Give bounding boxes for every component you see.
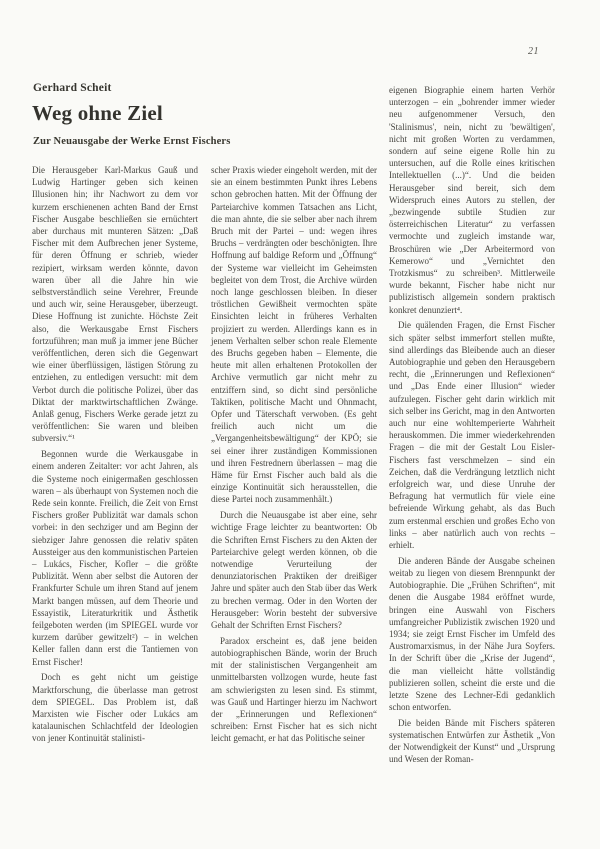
page-number: 21	[528, 46, 539, 57]
scanned-journal-page: 21 Gerhard Scheit Weg ohne Ziel Zur Neua…	[0, 0, 600, 849]
paragraph: scher Praxis wieder eingeholt werden, mi…	[211, 164, 377, 506]
paragraph: Die anderen Bände der Ausgabe scheinen w…	[389, 555, 555, 714]
paragraph: Durch die Neuausgabe ist aber eine, sehr…	[211, 509, 377, 631]
paragraph: Doch es geht nicht um geistige Marktfors…	[32, 671, 198, 744]
paragraph: Begonnen wurde die Werkausgabe in einem …	[32, 448, 198, 668]
text-column-left: Die Herausgeber Karl-Markus Gauß und Lud…	[32, 164, 198, 809]
article-subtitle: Zur Neuausgabe der Werke Ernst Fischers	[33, 136, 230, 147]
article-title: Weg ohne Ziel	[32, 101, 163, 126]
paragraph: Die quälenden Fragen, die Ernst Fischer …	[389, 319, 555, 551]
paragraph: Die Herausgeber Karl-Markus Gauß und Lud…	[32, 164, 198, 445]
paragraph: eigenen Biographie einem harten Verhör u…	[389, 84, 555, 316]
text-column-right: eigenen Biographie einem harten Verhör u…	[389, 84, 555, 809]
article-author: Gerhard Scheit	[33, 82, 112, 94]
paragraph: Paradox erscheint es, daß jene beiden au…	[211, 635, 377, 745]
text-column-middle: scher Praxis wieder eingeholt werden, mi…	[211, 164, 377, 809]
paragraph: Die beiden Bände mit Fischers späteren s…	[389, 717, 555, 766]
